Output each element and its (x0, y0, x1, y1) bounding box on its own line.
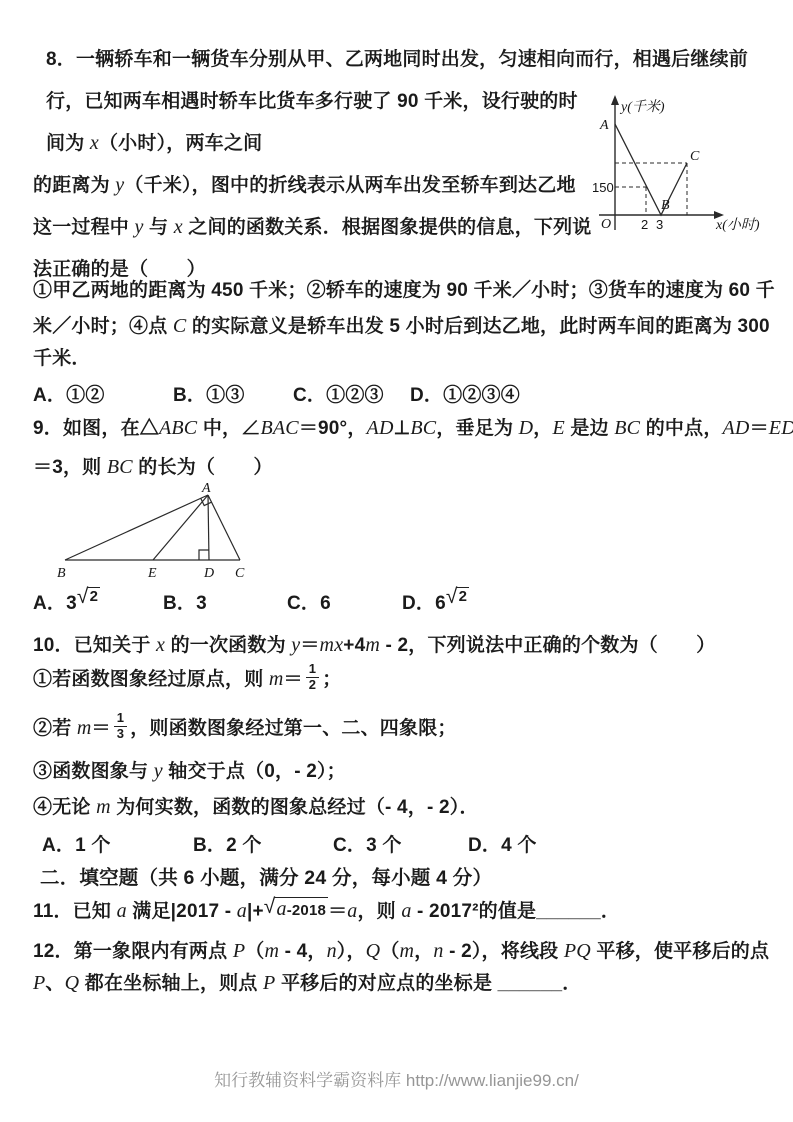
q10-option-a: A．1 个 (42, 830, 193, 857)
q10-item-1-tail: ； (322, 664, 341, 691)
q8-option-c: C．①②③ (293, 380, 410, 407)
x-axis-label: x(小时) (715, 217, 760, 233)
q10-item-2-tail: ，则函数图象经过第一、二、四象限； (130, 713, 456, 740)
origin-label: O (601, 217, 611, 232)
distance-time-graph: y(千米) x(小时) A B C O 150 2 3 (590, 92, 775, 240)
q8-line-5: 这一过程中 y 与 x 之间的函数关系．根据图象提供的信息，下列说 (33, 212, 592, 239)
graph-polyline (615, 124, 687, 215)
q10-header: 10．已知关于 x 的一次函数为 y＝mx+4m - 2，下列说法中正确的个数为… (33, 630, 715, 657)
side-ba (65, 495, 208, 560)
q8-statement-3: 千米． (33, 343, 91, 370)
footer-watermark: 知行教辅资料学霸资料库 http://www.lianjie99.cn/ (0, 1066, 793, 1091)
numerator: 1 (114, 711, 127, 727)
side-ac (208, 495, 240, 560)
section-2-title: 二．填空题（共 6 小题，满分 24 分，每小题 4 分） (40, 862, 492, 890)
sqrt-2: √2 (446, 588, 469, 609)
q9-option-c: C．6 (287, 588, 402, 615)
x-tick-2: 2 (641, 217, 648, 232)
q10-item-1: ①若函数图象经过原点，则 m＝12； (33, 662, 341, 693)
fraction-one-third: 13 (114, 711, 127, 742)
q10-option-d: D．4 个 (468, 830, 537, 857)
q8-option-d: D．①②③④ (410, 380, 520, 407)
q9-options-row: A．3√2B．3C．6D．6√2 (33, 588, 469, 615)
x-tick-3: 3 (656, 217, 663, 232)
y-axis-label: y(千米) (619, 99, 665, 115)
q10-option-b: B．2 个 (193, 830, 333, 857)
radicand: 2 (88, 587, 101, 605)
q8-line-3: 间为 x（小时），两车之间 (46, 128, 262, 155)
point-d-label: D (203, 566, 214, 581)
q8-option-a: A．①② (33, 380, 173, 407)
point-b-label: B (661, 198, 670, 213)
q10-item-3: ③函数图象与 y 轴交于点（0，- 2）； (33, 756, 346, 783)
q10-options-row: A．1 个B．2 个C．3 个D．4 个 (42, 830, 537, 857)
q10-option-c: C．3 个 (333, 830, 468, 857)
q8-line-2: 行，已知两车相遇时轿车比货车多行驶了 90 千米，设行驶的时 (46, 86, 578, 113)
radicand: a-2018 (274, 897, 328, 921)
triangle-figure: A B E D C (45, 481, 275, 583)
q9-option-d: D．6√2 (402, 588, 469, 615)
q10-item-2-text: ②若 m＝ (33, 713, 111, 740)
q8-line-4: 的距离为 y（千米），图中的折线表示从两车出发至轿车到达乙地 (33, 170, 576, 197)
radicand: 2 (457, 587, 470, 605)
fraction-one-half: 12 (306, 662, 319, 693)
q8-options-row: A．①②B．①③C．①②③D．①②③④ (33, 380, 520, 407)
q9-option-a: A．3√2 (33, 588, 163, 615)
vertex-a-label: A (201, 481, 211, 496)
y-tick-150: 150 (592, 180, 614, 195)
denominator: 2 (309, 678, 316, 693)
vertex-b-label: B (57, 566, 66, 581)
q9-option-b: B．3 (163, 588, 287, 615)
q12-line-1: 12．第一象限内有两点 P（m - 4，n），Q（m，n - 2），将线段 PQ… (33, 936, 769, 963)
q8-option-b: B．①③ (173, 380, 293, 407)
q9-option-a-text: A．3 (33, 588, 77, 615)
sqrt-2: √2 (77, 588, 100, 609)
q9-line-1: 9．如图，在△ABC 中，∠BAC＝90°，AD⊥BC，垂足为 D，E 是边 B… (33, 413, 793, 440)
q10-item-4: ④无论 m 为何实数，函数的图象总经过（- 4，- 2）． (33, 792, 479, 819)
q9-line-2: ＝3，则 BC 的长为（ ） (33, 452, 273, 479)
q12-line-2: P、Q 都在坐标轴上，则点 P 平移后的对应点的坐标是 ______． (33, 968, 581, 995)
q11-text-pre: 11．已知 a 满足|2017 - a|+ (33, 896, 264, 923)
q8-statement-2: 米／小时；④点 C 的实际意义是轿车出发 5 小时后到达乙地，此时两车间的距离为… (33, 311, 770, 338)
sqrt-a-minus-2018: √a-2018 (264, 898, 328, 922)
denominator: 3 (117, 727, 124, 742)
q8-line-1: 8．一辆轿车和一辆货车分别从甲、乙两地同时出发，匀速相向而行，相遇后继续前 (46, 44, 748, 71)
right-angle-mark-d (199, 550, 209, 560)
q10-item-1-text: ①若函数图象经过原点，则 m＝ (33, 664, 303, 691)
q8-statement-1: ①甲乙两地的距离为 450 千米；②轿车的速度为 90 千米／小时；③货车的速度… (33, 275, 775, 302)
point-c-label: C (690, 149, 700, 164)
point-e-label: E (147, 566, 157, 581)
q10-item-2: ②若 m＝13，则函数图象经过第一、二、四象限； (33, 711, 457, 742)
exam-paper-page: 8．一辆轿车和一辆货车分别从甲、乙两地同时出发，匀速相向而行，相遇后继续前 行，… (0, 0, 793, 1122)
numerator: 1 (306, 662, 319, 678)
vertex-c-label: C (235, 566, 245, 581)
q11-line: 11．已知 a 满足|2017 - a|+√a-2018＝a，则 a - 201… (33, 896, 620, 923)
q9-option-d-text: D．6 (402, 588, 446, 615)
q11-text-post: ＝a，则 a - 2017²的值是______． (328, 896, 620, 923)
point-a-label: A (599, 118, 609, 133)
